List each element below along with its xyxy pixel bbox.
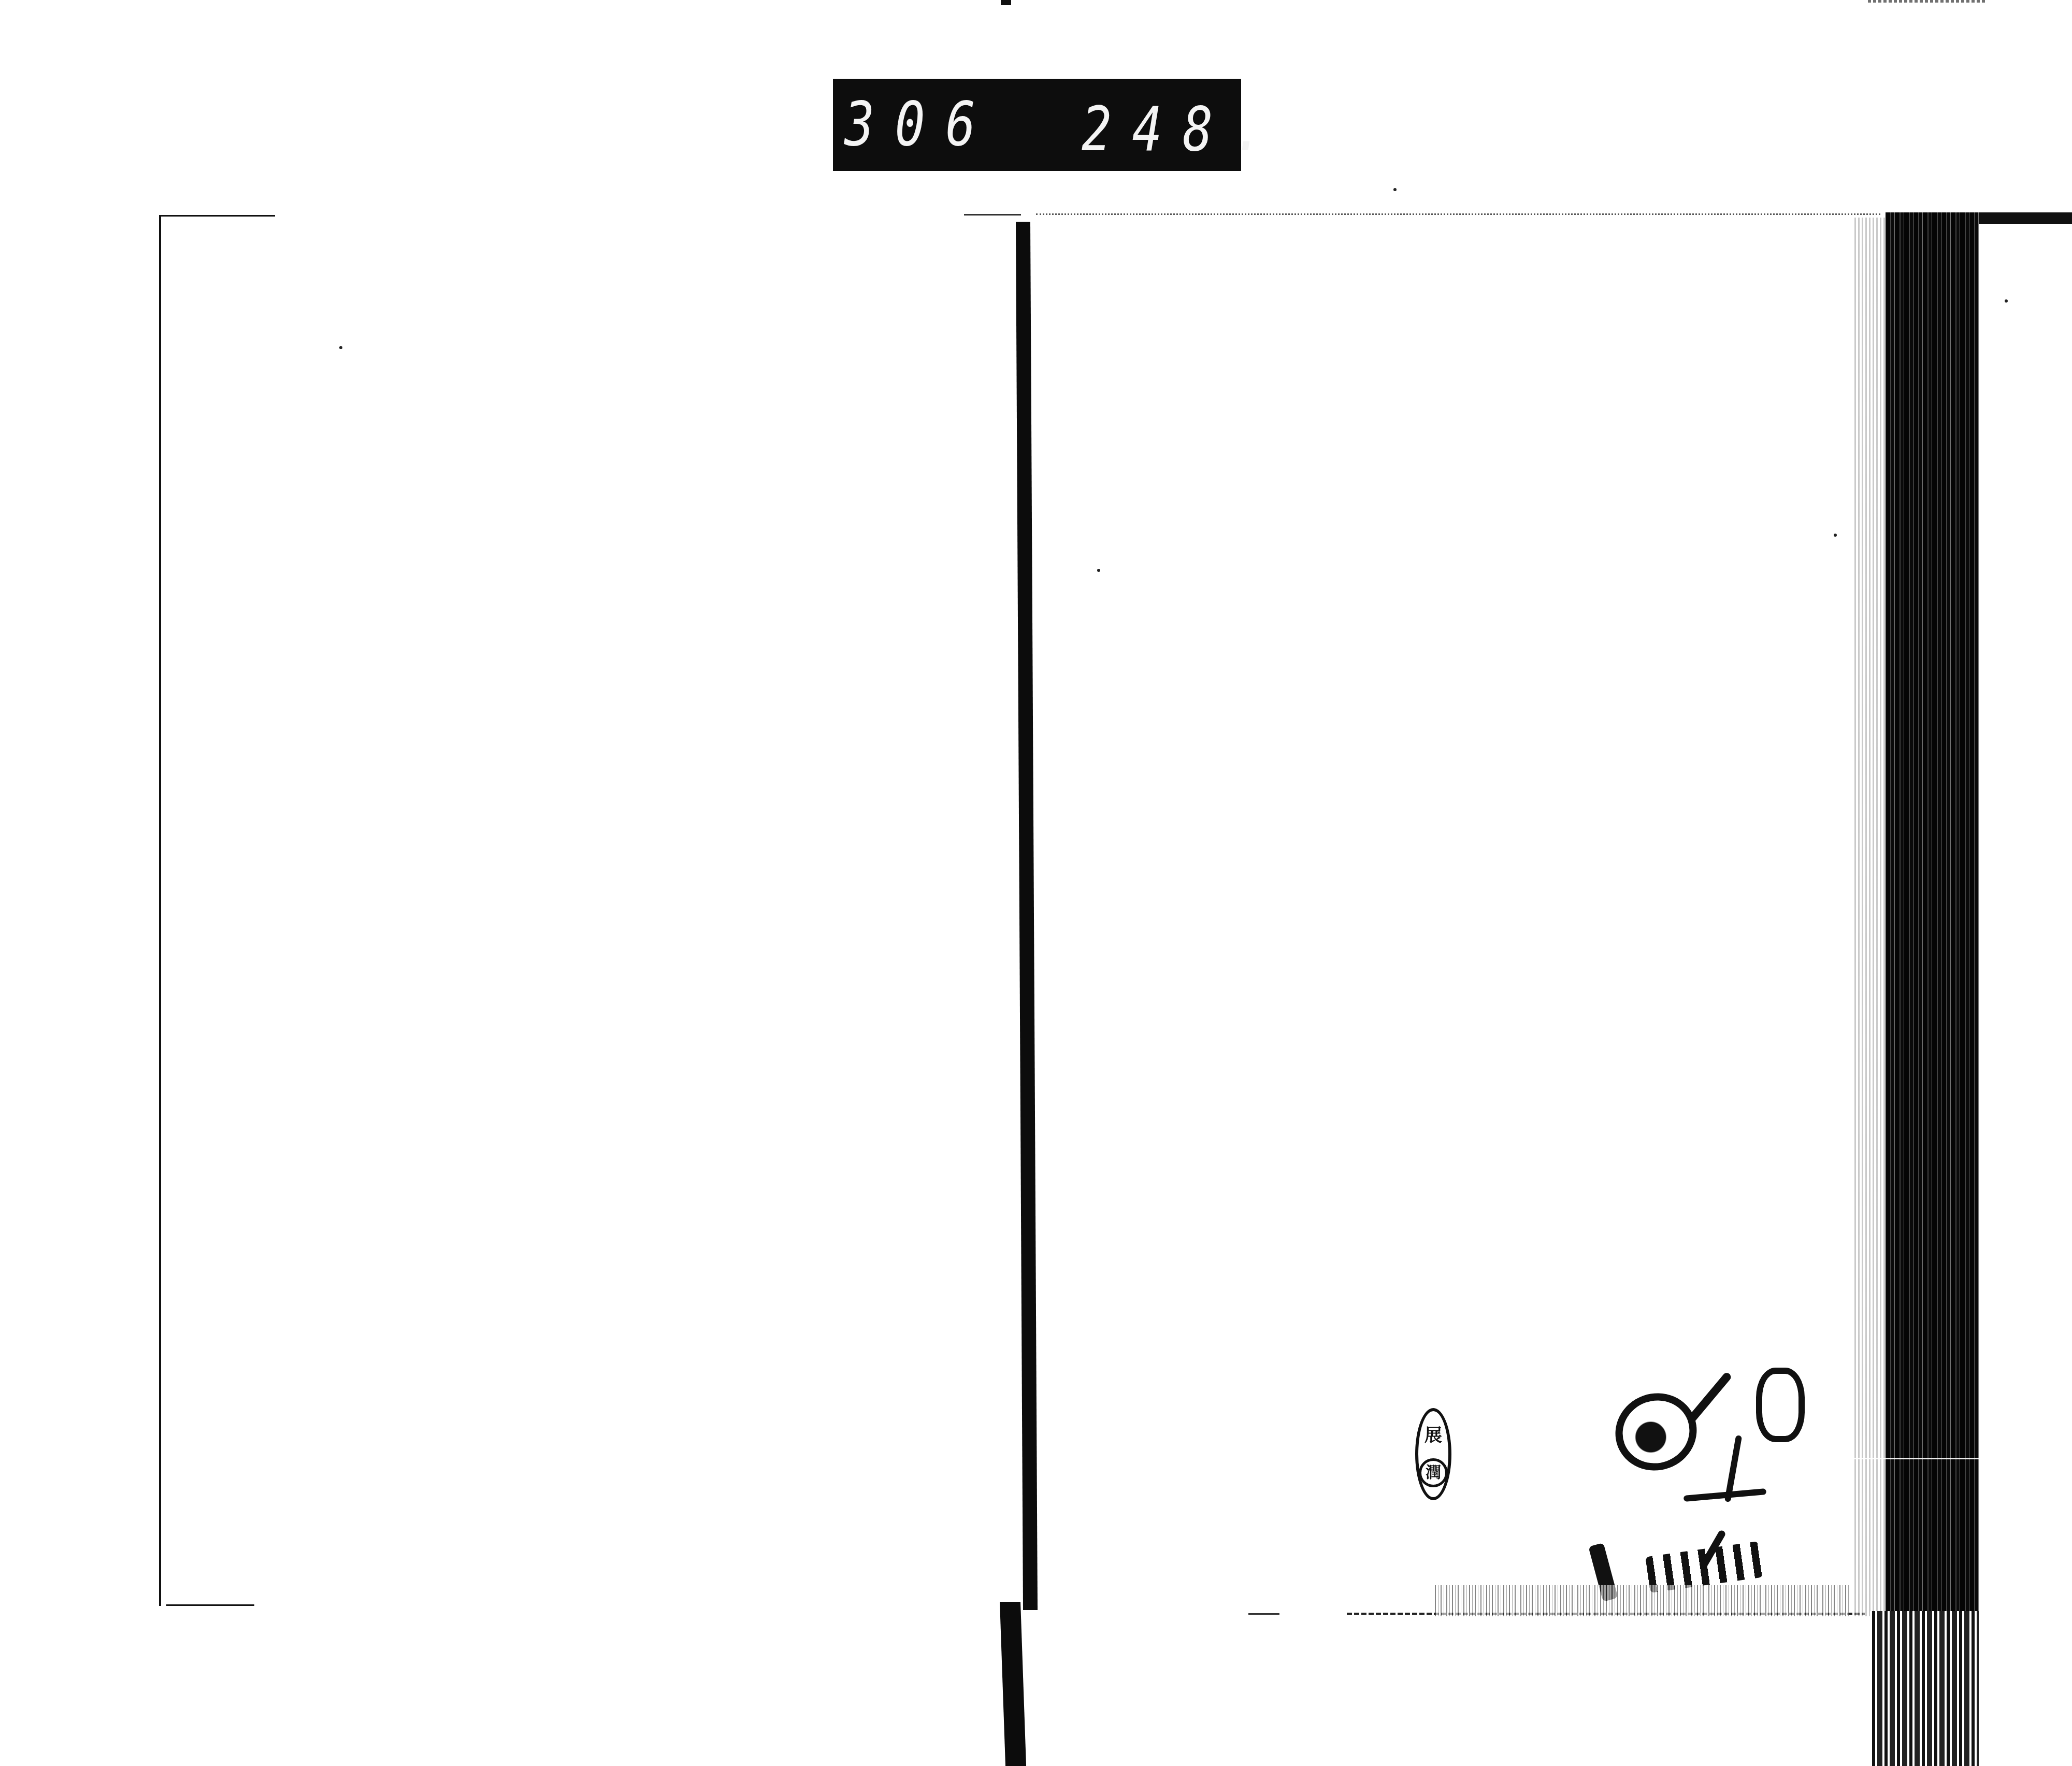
dust-speck xyxy=(2005,299,2008,303)
film-edge-noise xyxy=(1868,0,1985,3)
page-stack-lower xyxy=(1870,1611,1979,1766)
left-page-bottom-edge xyxy=(166,1604,254,1606)
handwriting-stroke xyxy=(1756,1368,1805,1442)
cover-board-edge xyxy=(1979,212,2072,224)
right-page xyxy=(1036,213,1880,1614)
left-page xyxy=(159,215,1021,1606)
frame-counter: 306 248. xyxy=(833,79,1241,171)
dust-speck xyxy=(1393,188,1397,191)
dust-speck xyxy=(1834,534,1837,537)
frame-counter-left-value: 306 xyxy=(844,93,996,154)
left-page-top-edge-right xyxy=(964,214,1021,216)
scan-artifact-line xyxy=(1797,1458,2015,1459)
seal-stamp-top-char: 展 xyxy=(1424,1421,1442,1446)
left-page-top-edge xyxy=(161,215,275,217)
film-edge-mark xyxy=(1001,0,1011,5)
seal-stamp-circle-char: 潤 xyxy=(1419,1458,1448,1487)
page-grime xyxy=(1435,1585,1849,1616)
page-stack-fore-edge xyxy=(1886,212,1979,1761)
right-page-edge-shadow xyxy=(1854,218,1886,1616)
dust-speck xyxy=(1097,569,1100,572)
right-page-bottom-edge xyxy=(1248,1613,1279,1615)
frame-counter-right-value: 248. xyxy=(1082,98,1284,160)
dust-speck xyxy=(339,346,342,349)
book-spine-lower xyxy=(1000,1602,1026,1766)
seal-stamp-icon: 展 潤 xyxy=(1415,1408,1451,1500)
